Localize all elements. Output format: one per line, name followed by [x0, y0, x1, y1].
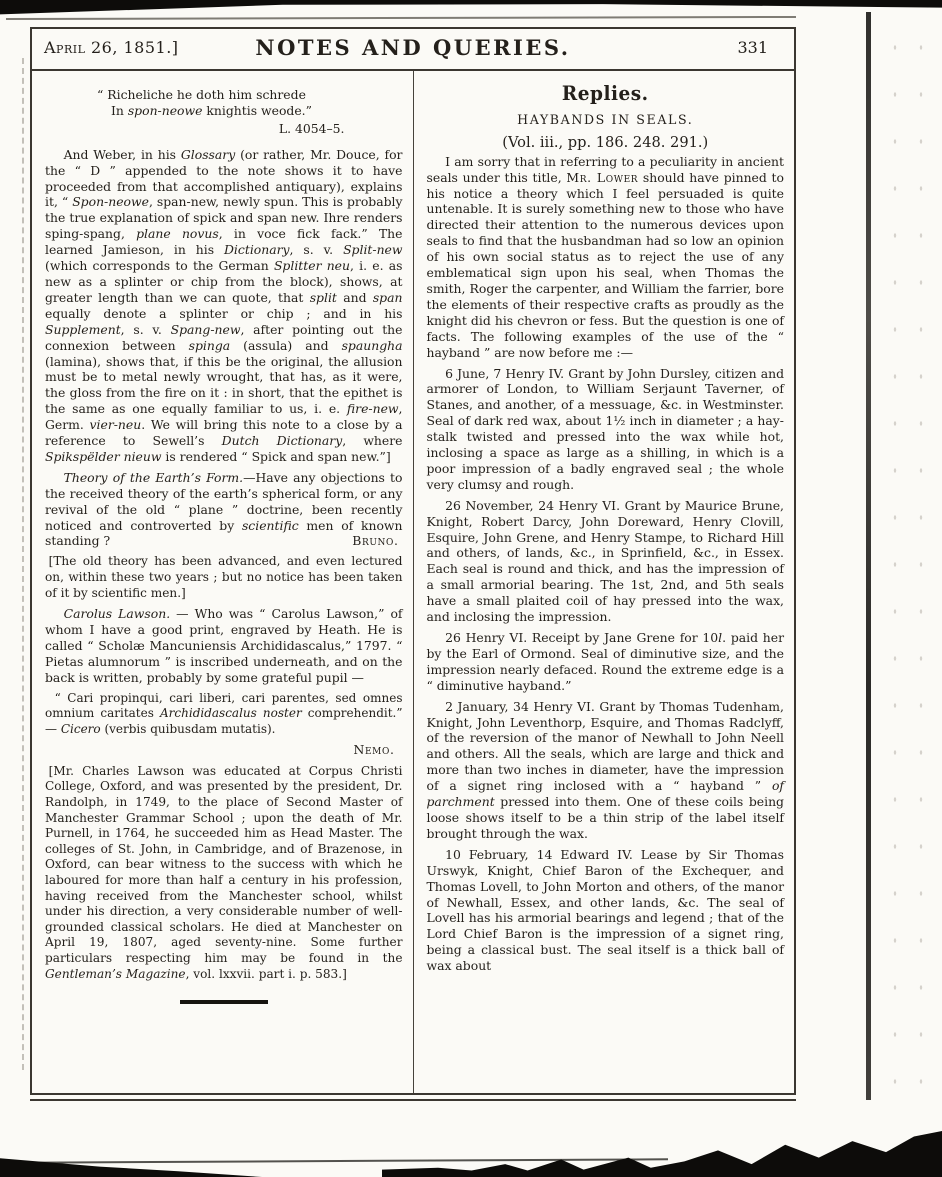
two-column-body: “ Richeliche he doth him schredeIn spon-…: [32, 71, 794, 1093]
page-header: April 26, 1851.] NOTES AND QUERIES. 331: [32, 29, 794, 71]
query-carolus-lawson: Carolus Lawson. — Who was “ Carolus Laws…: [45, 606, 403, 686]
right-column: Replies. HAYBANDS IN SEALS. (Vol. iii., …: [414, 71, 795, 1093]
page-frame: April 26, 1851.] NOTES AND QUERIES. 331 …: [30, 27, 796, 1095]
editorial-note-earths-form: [The old theory has been advanced, and e…: [45, 554, 403, 601]
example-34-henry-vi: 2 January, 34 Henry VI. Grant by Thomas …: [427, 699, 785, 842]
section-heading-replies: Replies.: [427, 87, 785, 104]
verse-quote: “ Richeliche he doth him schredeIn spon-…: [97, 87, 403, 137]
example-24-henry-vi: 26 November, 24 Henry VI. Grant by Mauri…: [427, 498, 785, 625]
left-column: “ Richeliche he doth him schredeIn spon-…: [32, 71, 414, 1093]
weber-glossary-paragraph: And Weber, in his Glossary (or rather, M…: [45, 147, 403, 465]
binding-stitch-marks: [22, 58, 24, 1070]
haybands-intro-paragraph: I am sorry that in referring to a peculi…: [427, 154, 785, 361]
latin-quote-cicero: “ Cari propinqui, cari liberi, cari pare…: [45, 691, 403, 737]
example-26-henry-vi: 26 Henry VI. Receipt by Jane Grene for 1…: [427, 630, 785, 694]
scan-outer-rule: [6, 16, 796, 20]
editorial-note-charles-lawson: [Mr. Charles Lawson was educated at Corp…: [45, 764, 403, 982]
scan-edge-right: [866, 12, 871, 1100]
right-column-text: I am sorry that in referring to a peculi…: [427, 154, 785, 974]
scan-blot-bottom-right: [382, 1131, 942, 1177]
scan-blot-bottom-left: [0, 1151, 262, 1177]
page-number: 331: [737, 38, 768, 57]
example-henry-iv: 6 June, 7 Henry IV. Grant by John Dursle…: [427, 366, 785, 493]
scan-noise-speckles: [882, 24, 934, 1084]
publication-title: NOTES AND QUERIES.: [32, 35, 794, 60]
query-earths-form: Theory of the Earth’s Form.—Have any obj…: [45, 470, 403, 550]
signature-nemo: Nemo.: [45, 742, 395, 758]
section-divider-rule: [180, 1000, 268, 1004]
scan-edge-top: [0, 0, 942, 16]
example-edward-iv: 10 February, 14 Edward IV. Lease by Sir …: [427, 847, 785, 974]
scan-bottom-rule: [18, 1158, 668, 1163]
article-reference: (Vol. iii., pp. 186. 248. 291.): [427, 135, 785, 151]
article-title: HAYBANDS IN SEALS.: [427, 112, 785, 128]
